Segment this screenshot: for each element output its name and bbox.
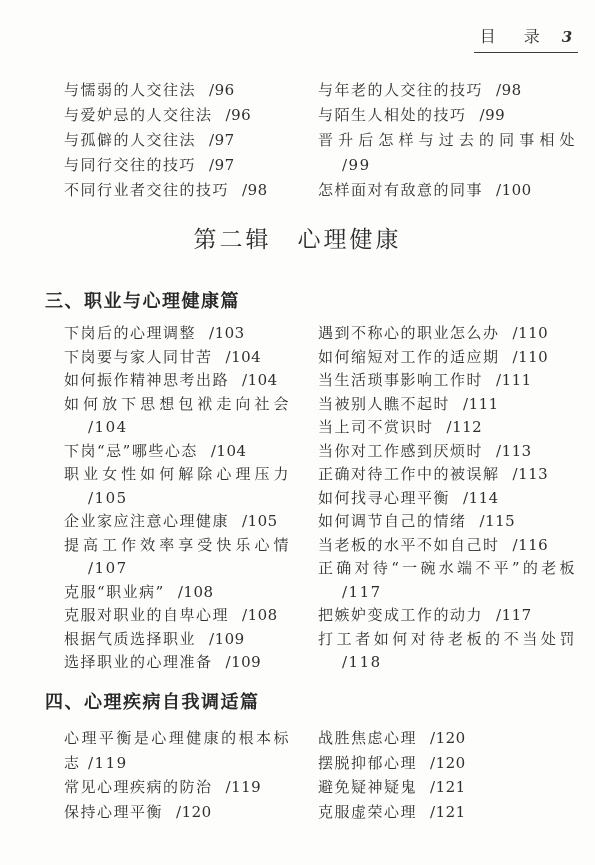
toc-entry-title: 选择职业的心理准备: [64, 653, 213, 671]
toc-entry: 与爱妒忌的人交往法/96: [64, 103, 290, 128]
toc-entry: 下岗后的心理调整/103: [64, 322, 290, 346]
section-heading-4: 四、心理疾病自我调适篇: [45, 688, 260, 714]
toc-entry: 避免疑神疑鬼/121: [318, 775, 576, 800]
part-title: 第二辑 心理健康: [0, 221, 595, 254]
toc-entry-title: 怎样面对有敌意的同事: [318, 181, 483, 199]
toc-entry-title: 与懦弱的人交往法: [64, 81, 196, 99]
toc-entry: 遇到不称心的职业怎么办/110: [318, 322, 576, 346]
toc-column-right: 战胜焦虑心理/120摆脱抑郁心理/120避免疑神疑鬼/121克服虚荣心理/121: [318, 726, 576, 824]
toc-entry: 下岗要与家人同甘苦/104: [64, 346, 290, 370]
toc-entry: 与孤僻的人交往法/97: [64, 128, 290, 153]
toc-entry: 战胜焦虑心理/120: [318, 726, 576, 751]
toc-entry: 克服对职业的自卑心理/108: [64, 604, 290, 628]
toc-entry-page: /111: [463, 395, 499, 413]
toc-entry-page: /121: [430, 803, 466, 821]
toc-entry: 如何找寻心理平衡/114: [318, 487, 576, 511]
toc-entry: 如何缩短对工作的适应期/110: [318, 346, 576, 370]
toc-entry-title: 正确对待工作中的被误解: [318, 465, 500, 483]
toc-entry: 当老板的水平不如自己时/116: [318, 534, 576, 558]
toc-entry: 选择职业的心理准备/109: [64, 651, 290, 675]
toc-entry: 怎样面对有敌意的同事/100: [318, 178, 576, 203]
toc-entry-page: /113: [513, 465, 549, 483]
toc-entry-page: /99: [318, 153, 576, 178]
section-heading-3: 三、职业与心理健康篇: [45, 287, 240, 313]
toc-entry-title: 下岗后的心理调整: [64, 324, 196, 342]
toc-entry-page: /118: [318, 651, 576, 675]
toc-entry-title: 保持心理平衡: [64, 803, 163, 821]
toc-entry-page: /100: [496, 181, 532, 199]
toc-entry: 当上司不赏识时/112: [318, 416, 576, 440]
toc-column-left: 下岗后的心理调整/103下岗要与家人同甘苦/104如何振作精神思考出路/104如…: [64, 322, 290, 675]
toc-entry-page: /103: [209, 324, 245, 342]
toc-entry-page: /120: [430, 729, 466, 747]
toc-entry-page: /111: [496, 371, 532, 389]
toc-entry-title: 遇到不称心的职业怎么办: [318, 324, 500, 342]
toc-entry: 与懦弱的人交往法/96: [64, 78, 290, 103]
toc-entry-page: /104: [242, 371, 278, 389]
toc-entry-page: /117: [496, 606, 532, 624]
toc-entry-page: /120: [430, 754, 466, 772]
toc-entry-title: 避免疑神疑鬼: [318, 778, 417, 796]
toc-entry-title: 职业女性如何解除心理压力: [64, 463, 290, 487]
toc-entry: 保持心理平衡/120: [64, 800, 290, 825]
toc-entry-title: 下岗要与家人同甘苦: [64, 348, 213, 366]
toc-column-left: 心理平衡是心理健康的根本标志/119常见心理疾病的防治/119保持心理平衡/12…: [64, 726, 290, 824]
toc-entry-title: 与陌生人相处的技巧: [318, 106, 467, 124]
toc-entry: 下岗“忌”哪些心态/104: [64, 440, 290, 464]
toc-entry: 正确对待工作中的被误解/113: [318, 463, 576, 487]
toc-column-left: 与懦弱的人交往法/96与爱妒忌的人交往法/96与孤僻的人交往法/97与同行交往的…: [64, 78, 290, 203]
toc-entry-title: 下岗“忌”哪些心态: [64, 442, 198, 460]
toc-entry-page: /108: [178, 583, 214, 601]
toc-entry: 企业家应注意心理健康/105: [64, 510, 290, 534]
toc-entry-title: 当老板的水平不如自己时: [318, 536, 500, 554]
toc-entry-page: /97: [209, 131, 235, 149]
toc-entry: 如何调节自己的情绪/115: [318, 510, 576, 534]
toc-entry-title: 不同行业者交往的技巧: [64, 181, 229, 199]
toc-entry-title: 晋升后怎样与过去的同事相处: [318, 128, 576, 153]
toc-entry-title: 当你对工作感到厌烦时: [318, 442, 483, 460]
toc-entry: 当被别人瞧不起时/111: [318, 393, 576, 417]
toc-entry-title: 与同行交往的技巧: [64, 156, 196, 174]
toc-entry-title: 如何找寻心理平衡: [318, 489, 450, 507]
toc-entry: 与同行交往的技巧/97: [64, 153, 290, 178]
toc-entry: 不同行业者交往的技巧/98: [64, 178, 290, 203]
toc-entry-title: 如何调节自己的情绪: [318, 512, 467, 530]
toc-entry-page: /115: [480, 512, 516, 530]
toc-entry-page: /113: [496, 442, 532, 460]
toc-entry-title: 当生活琐事影响工作时: [318, 371, 483, 389]
toc-entry-title: 当上司不赏识时: [318, 418, 434, 436]
toc-entry-title: 打工者如何对待老板的不当处罚: [318, 628, 576, 652]
toc-entry-page: /104: [211, 442, 247, 460]
toc-entry-title: 企业家应注意心理健康: [64, 512, 229, 530]
toc-entry-page: /110: [513, 324, 549, 342]
toc-entry-page: /96: [209, 81, 235, 99]
toc-entry-title: 如何放下思想包袱走向社会: [64, 393, 290, 417]
toc-entry-title: 正确对待“一碗水端不平”的老板: [318, 557, 576, 581]
toc-entry-page: /117: [318, 581, 576, 605]
toc-entry-title: 如何缩短对工作的适应期: [318, 348, 500, 366]
toc-entry: 把嫉妒变成工作的动力/117: [318, 604, 576, 628]
toc-entry-page: /105: [242, 512, 278, 530]
toc-entry-page: /121: [430, 778, 466, 796]
toc-entry-page: /119: [226, 778, 262, 796]
toc-entry: 当生活琐事影响工作时/111: [318, 369, 576, 393]
toc-entry-page: /114: [463, 489, 499, 507]
toc-entry: 克服虚荣心理/121: [318, 800, 576, 825]
toc-entry-page: /96: [226, 106, 252, 124]
toc-entry: 与陌生人相处的技巧/99: [318, 103, 576, 128]
toc-entry-page: /112: [447, 418, 483, 436]
toc-entry-page: /105: [64, 487, 290, 511]
book-toc-page: 目 录3 与懦弱的人交往法/96与爱妒忌的人交往法/96与孤僻的人交往法/97与…: [0, 0, 595, 865]
toc-entry-page: /119: [64, 751, 290, 776]
toc-entry-title: 与孤僻的人交往法: [64, 131, 196, 149]
toc-column-right: 与年老的人交往的技巧/98与陌生人相处的技巧/99晋升后怎样与过去的同事相处/9…: [318, 78, 576, 203]
toc-entry-title: 根据气质选择职业: [64, 630, 196, 648]
toc-entry-title: 提高工作效率享受快乐心情: [64, 534, 290, 558]
toc-entry-title: 如何振作精神思考出路: [64, 371, 229, 389]
toc-entry-page: /108: [242, 606, 278, 624]
running-head-title: 目 录: [480, 27, 546, 46]
toc-entry-page: /98: [242, 181, 268, 199]
toc-entry-title: 克服“职业病”: [64, 583, 165, 601]
toc-entry: 与年老的人交往的技巧/98: [318, 78, 576, 103]
toc-entry-title: 与年老的人交往的技巧: [318, 81, 483, 99]
toc-entry-title: 当被别人瞧不起时: [318, 395, 450, 413]
toc-entry-title: 心理平衡是心理健康的根本标志: [64, 726, 290, 751]
toc-entry-page: /109: [226, 653, 262, 671]
toc-entry-page: /104: [226, 348, 262, 366]
toc-entry-page: /107: [64, 557, 290, 581]
toc-entry-page: /109: [209, 630, 245, 648]
toc-entry: 当你对工作感到厌烦时/113: [318, 440, 576, 464]
toc-entry-title: 克服虚荣心理: [318, 803, 417, 821]
toc-entry: 如何振作精神思考出路/104: [64, 369, 290, 393]
toc-entry: 摆脱抑郁心理/120: [318, 751, 576, 776]
toc-entry-title: 战胜焦虑心理: [318, 729, 417, 747]
running-head-folio: 3: [562, 28, 572, 46]
toc-entry-page: /97: [209, 156, 235, 174]
toc-entry-title: 常见心理疾病的防治: [64, 778, 213, 796]
toc-entry: 根据气质选择职业/109: [64, 628, 290, 652]
toc-entry: 常见心理疾病的防治/119: [64, 775, 290, 800]
toc-entry-title: 克服对职业的自卑心理: [64, 606, 229, 624]
toc-entry: 克服“职业病”/108: [64, 581, 290, 605]
toc-entry-title: 摆脱抑郁心理: [318, 754, 417, 772]
toc-entry-page: /98: [496, 81, 522, 99]
running-head: 目 录3: [474, 24, 578, 53]
toc-entry-page: /104: [64, 416, 290, 440]
toc-column-right: 遇到不称心的职业怎么办/110如何缩短对工作的适应期/110当生活琐事影响工作时…: [318, 322, 576, 675]
toc-entry-page: /120: [176, 803, 212, 821]
toc-entry-title: 与爱妒忌的人交往法: [64, 106, 213, 124]
toc-entry-title: 把嫉妒变成工作的动力: [318, 606, 483, 624]
toc-entry-page: /116: [513, 536, 549, 554]
toc-entry-page: /99: [480, 106, 506, 124]
toc-entry-page: /110: [513, 348, 549, 366]
